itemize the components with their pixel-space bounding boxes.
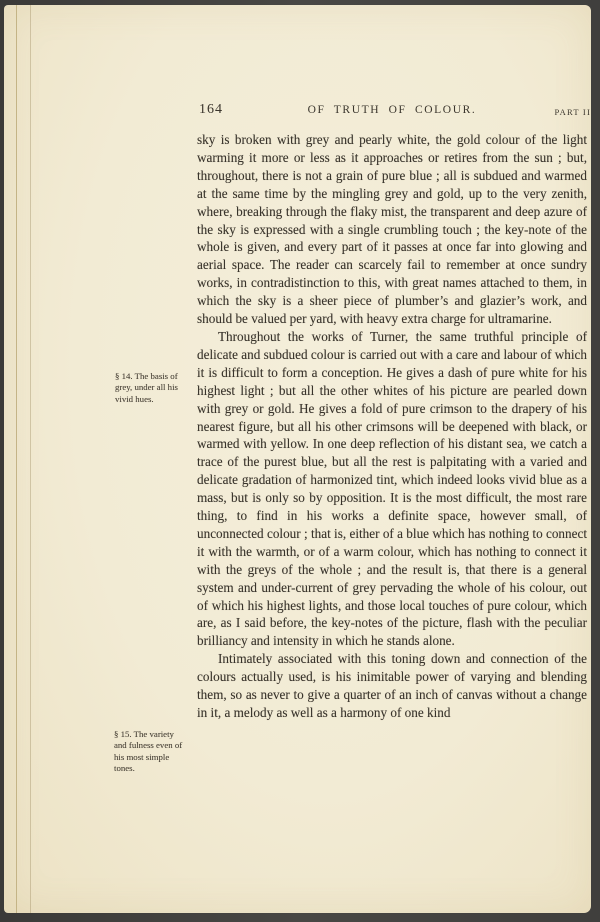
page-header: 164 OF TRUTH OF COLOUR. PART II xyxy=(197,102,587,120)
gutter-shadow-line xyxy=(30,5,31,913)
body-text: sky is broken with grey and pearly white… xyxy=(197,131,587,722)
paragraph-continuation: sky is broken with grey and pearly white… xyxy=(197,131,587,328)
margin-note-section-14: § 14. The basis of grey, under all his v… xyxy=(115,371,187,405)
scanned-book-page: 164 OF TRUTH OF COLOUR. PART II § 14. Th… xyxy=(0,0,600,922)
paragraph-section-14: Throughout the works of Turner, the same… xyxy=(197,328,587,650)
margin-note-section-15: § 15. The variety and fulness even of hi… xyxy=(114,729,186,775)
running-title: OF TRUTH OF COLOUR. xyxy=(197,104,587,116)
paragraph-section-15: Intimately associated with this toning d… xyxy=(197,650,587,722)
binding-page-edges xyxy=(4,5,17,913)
book-page: 164 OF TRUTH OF COLOUR. PART II § 14. Th… xyxy=(4,5,591,913)
part-label: PART II xyxy=(555,107,591,117)
